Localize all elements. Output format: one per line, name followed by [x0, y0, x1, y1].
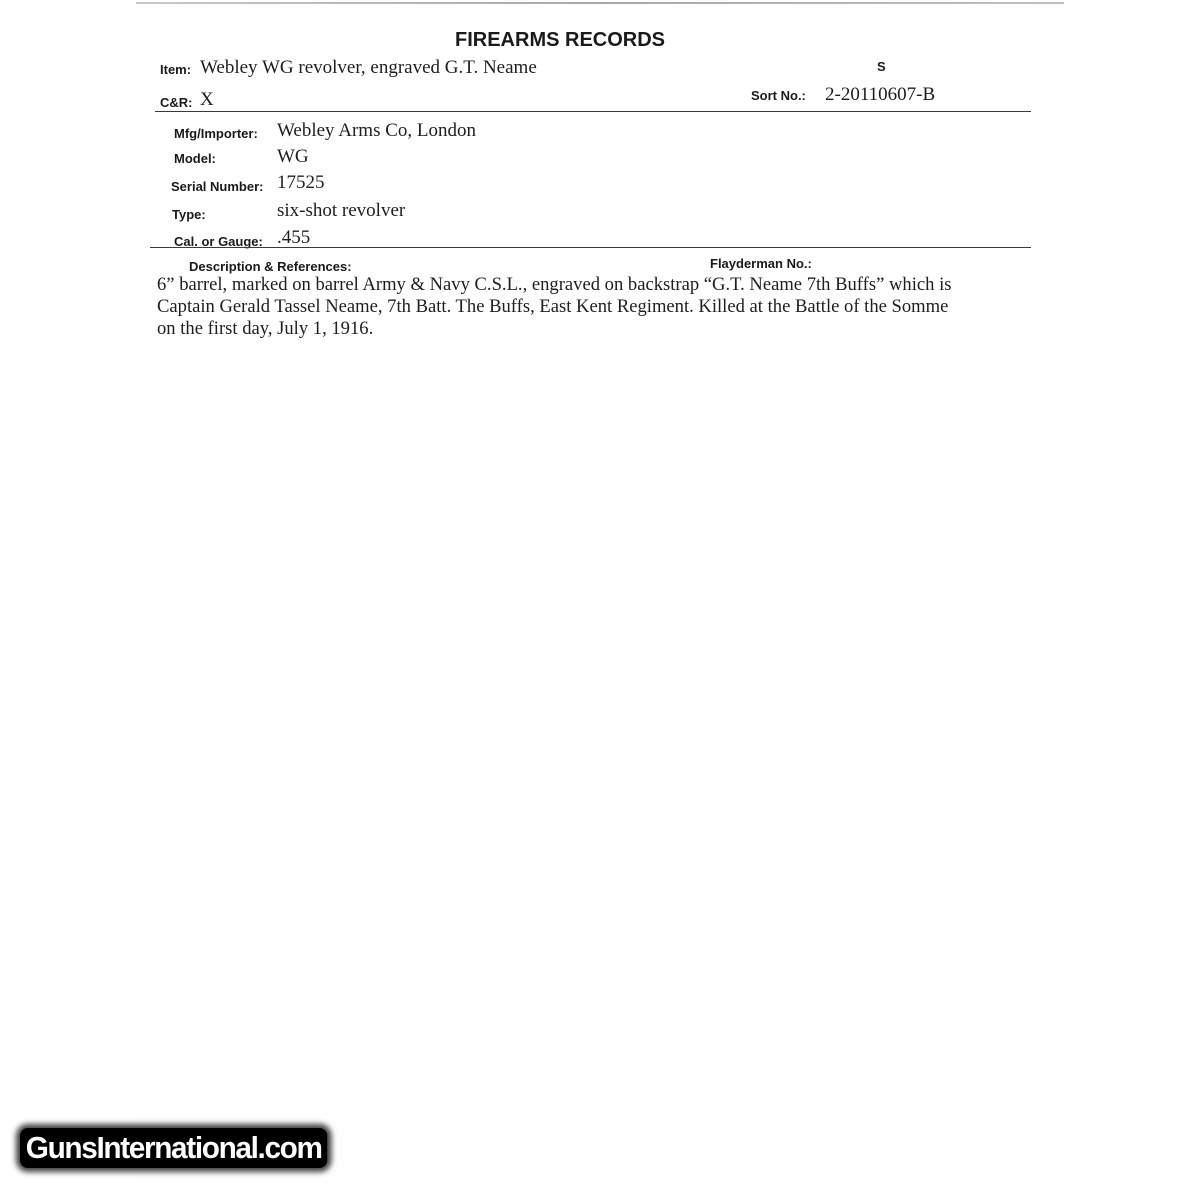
item-label: Item:: [160, 62, 191, 77]
sort-no-label: Sort No.:: [751, 88, 806, 103]
description-line: 6” barrel, marked on barrel Army & Navy …: [157, 274, 1037, 296]
mfg-importer-label: Mfg/Importer:: [174, 126, 258, 141]
mfg-importer-value: Webley Arms Co, London: [277, 120, 476, 142]
model-label: Model:: [174, 151, 216, 166]
watermark-logo: GunsInternational.com: [20, 1128, 327, 1168]
description-line: on the first day, July 1, 1916.: [157, 318, 1037, 340]
header-divider: [155, 111, 1031, 112]
item-value: Webley WG revolver, engraved G.T. Neame: [200, 57, 537, 79]
flayderman-label: Flayderman No.:: [710, 256, 812, 271]
description-line: Captain Gerald Tassel Neame, 7th Batt. T…: [157, 296, 1037, 318]
serial-number-value: 17525: [277, 172, 325, 194]
description-text: 6” barrel, marked on barrel Army & Navy …: [157, 274, 1037, 340]
caliber-value: .455: [277, 227, 310, 249]
sort-no-value: 2-20110607-B: [825, 84, 935, 106]
page-top-edge: [136, 2, 1064, 4]
scanned-page: [136, 2, 1064, 1198]
model-value: WG: [277, 146, 309, 168]
cr-label: C&R:: [160, 95, 193, 110]
fields-divider: [150, 247, 1031, 248]
serial-number-label: Serial Number:: [171, 179, 263, 194]
document-title: FIREARMS RECORDS: [455, 29, 665, 52]
cr-value: X: [200, 89, 214, 111]
type-label: Type:: [172, 207, 206, 222]
description-label: Description & References:: [189, 259, 352, 274]
type-value: six-shot revolver: [277, 200, 405, 222]
corner-mark: S: [877, 59, 886, 74]
